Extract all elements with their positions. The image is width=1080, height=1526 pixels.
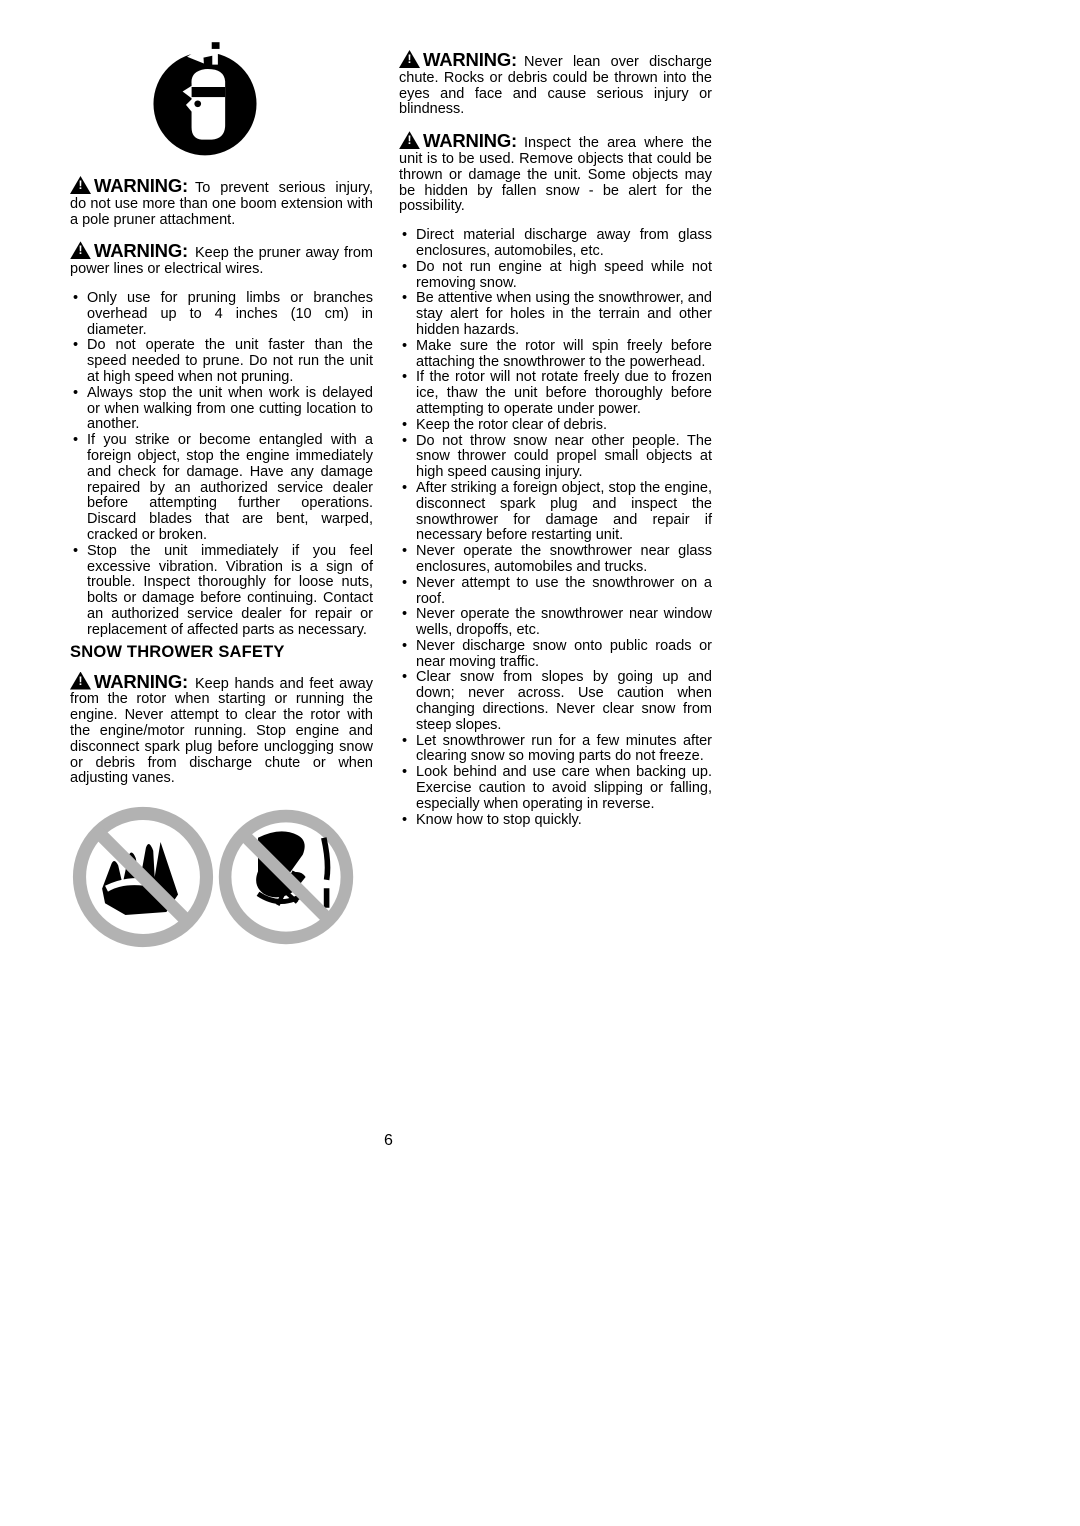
- warning-label: WARNING:: [94, 175, 195, 196]
- bullet-item: Know how to stop quickly.: [399, 813, 712, 829]
- bullet-item: Never attempt to use the snowthrower on …: [399, 576, 712, 608]
- pruner-warning-list: !WARNING:To prevent serious injury, do n…: [70, 176, 373, 278]
- bullet-item: Let snowthrower run for a few minutes af…: [399, 734, 712, 766]
- warning-triangle-icon: !: [399, 131, 420, 149]
- warning-text: Keep hands and feet away from the rotor …: [70, 676, 373, 787]
- pruner-bullet-list: Only use for pruning limbs or branches o…: [70, 291, 373, 639]
- manual-page: !WARNING:To prevent serious injury, do n…: [0, 0, 1080, 1526]
- warning-triangle-icon: !: [70, 176, 91, 194]
- no-contact-with-rotating-auger-icon: [70, 804, 216, 950]
- bullet-item: Stop the unit immediately if you feel ex…: [70, 544, 373, 639]
- snowthrower-bullet-list: Direct material discharge away from glas…: [399, 228, 712, 828]
- bullet-item: Never operate the snowthrower near windo…: [399, 607, 712, 639]
- bullet-item: After striking a foreign object, stop th…: [399, 481, 712, 544]
- warning-paragraph: !WARNING:Keep the pruner away from power…: [70, 241, 373, 278]
- left-column: !WARNING:To prevent serious injury, do n…: [70, 42, 373, 950]
- snow-warning-paragraph: !WARNING:Keep hands and feet away from t…: [70, 672, 373, 788]
- warning-label: WARNING:: [423, 130, 524, 151]
- page-number: 6: [384, 1132, 393, 1150]
- bullet-item: Always stop the unit when work is delaye…: [70, 386, 373, 433]
- warning-label: WARNING:: [423, 49, 524, 70]
- bullet-item: If you strike or become entangled with a…: [70, 433, 373, 544]
- warning-paragraph: !WARNING:To prevent serious injury, do n…: [70, 176, 373, 228]
- bullet-item: Do not run engine at high speed while no…: [399, 260, 712, 292]
- bullet-item: Never operate the snowthrower near glass…: [399, 544, 712, 576]
- bullet-item: Do not operate the unit faster than the …: [70, 338, 373, 385]
- bullet-item: Do not throw snow near other people. The…: [399, 434, 712, 481]
- bullet-item: Make sure the rotor will spin freely bef…: [399, 339, 712, 371]
- warning-triangle-icon: !: [399, 50, 420, 68]
- warning-triangle-icon: !: [70, 672, 91, 690]
- right-column: !WARNING:Never lean over discharge chute…: [399, 50, 712, 828]
- bullet-item: Keep the rotor clear of debris.: [399, 418, 712, 434]
- bullet-item: Look behind and use care when backing up…: [399, 765, 712, 812]
- warning-triangle-icon: !: [70, 241, 91, 259]
- bullet-item: If the rotor will not rotate freely due …: [399, 370, 712, 417]
- no-hands-in-discharge-chute-icon: [216, 807, 356, 947]
- bullet-item: Direct material discharge away from glas…: [399, 228, 712, 260]
- warning-paragraph: !WARNING:Inspect the area where the unit…: [399, 131, 712, 215]
- warning-paragraph: !WARNING:Never lean over discharge chute…: [399, 50, 712, 118]
- bullet-item: Only use for pruning limbs or branches o…: [70, 291, 373, 338]
- bullet-item: Never discharge snow onto public roads o…: [399, 639, 712, 671]
- bullet-item: Be attentive when using the snowthrower,…: [399, 291, 712, 338]
- warning-label: WARNING:: [94, 671, 195, 692]
- prohibition-icons: [70, 804, 373, 950]
- bullet-item: Clear snow from slopes by going up and d…: [399, 670, 712, 733]
- snowthrower-warning-list: !WARNING:Never lean over discharge chute…: [399, 50, 712, 215]
- wear-head-protection-icon: [149, 42, 261, 160]
- warning-label: WARNING:: [94, 240, 195, 261]
- section-heading: SNOW THROWER SAFETY: [70, 643, 373, 662]
